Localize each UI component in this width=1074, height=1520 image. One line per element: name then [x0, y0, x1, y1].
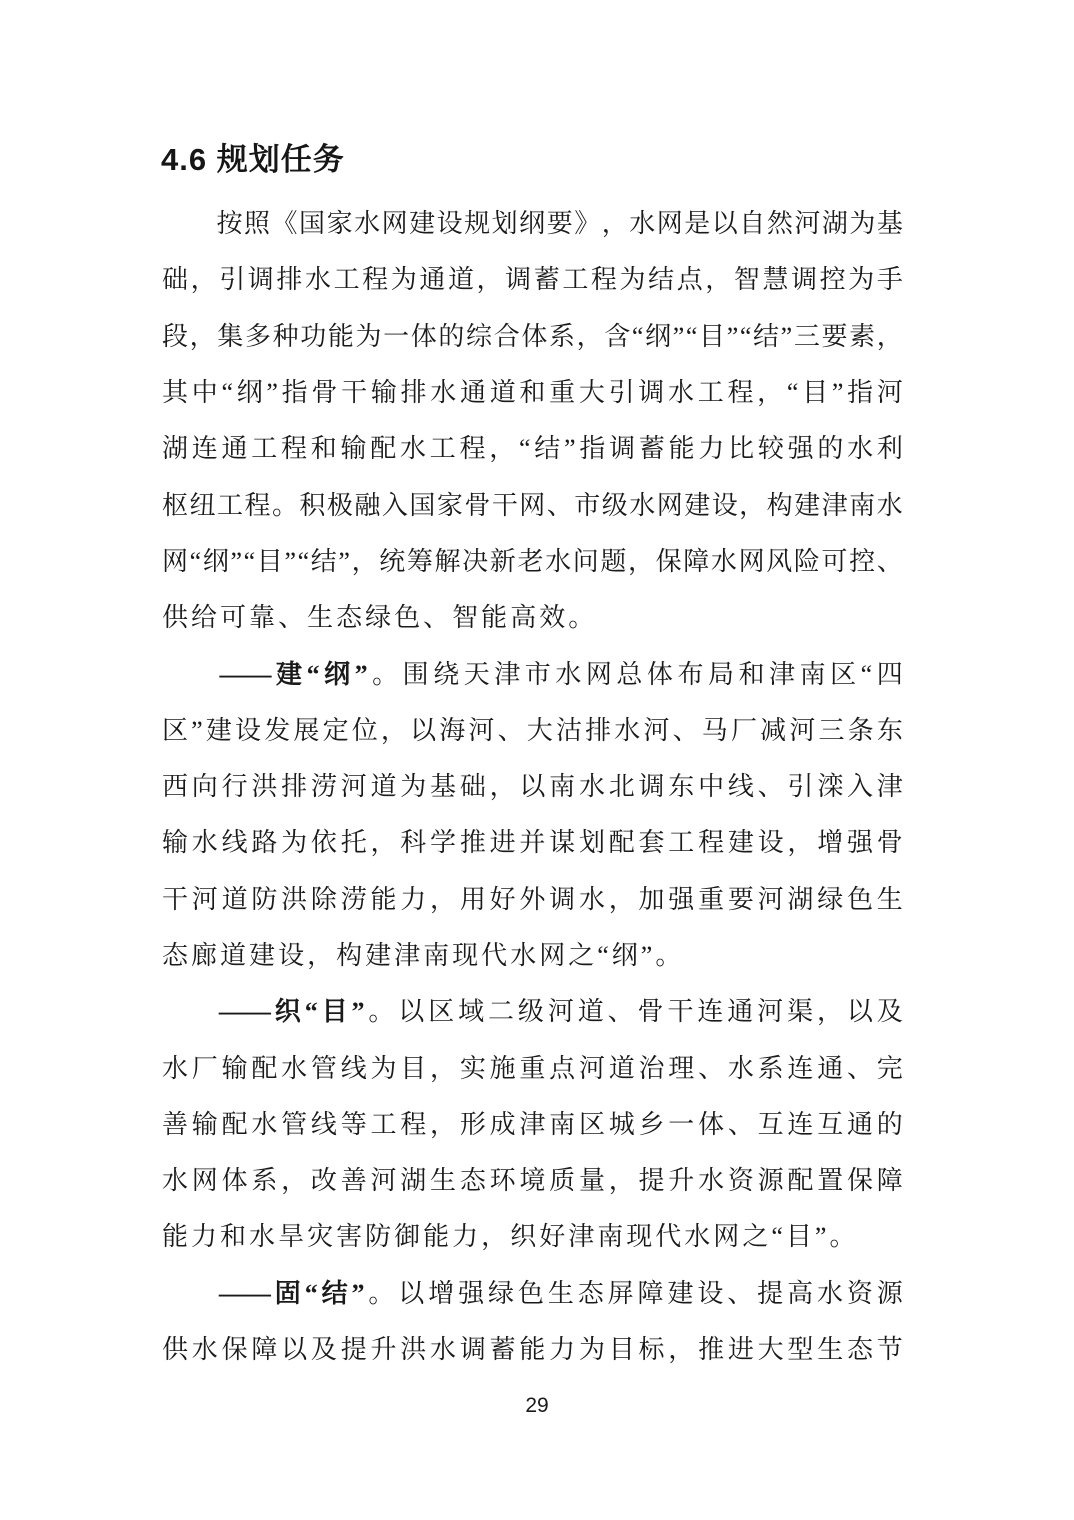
text-line: 枢纽工程。积极融入国家骨干网、市级水网建设，构建津南水 [162, 477, 903, 533]
text-line: 供水保障以及提升洪水调蓄能力为目标，推进大型生态节 [162, 1322, 903, 1378]
document-page: 4.6 规划任务 按照《国家水网建设规划纲要》，水网是以自然河湖为基础，引调排水… [0, 0, 1074, 1520]
text-line: 段，集多种功能为一体的综合体系，含“纲”“目”“结”三要素， [162, 309, 903, 365]
text-line: 西向行洪排涝河道为基础，以南水北调东中线、引滦入津 [162, 759, 903, 815]
text-line: 态廊道建设，构建津南现代水网之“纲”。 [162, 928, 903, 984]
text-line: 础，引调排水工程为通道，调蓄工程为结点，智慧调控为手 [162, 252, 903, 308]
text-line: ——建“纲”。围绕天津市水网总体布局和津南区“四 [162, 646, 903, 702]
text-line: 能力和水旱灾害防御能力，织好津南现代水网之“目”。 [162, 1209, 903, 1265]
text-line: ——织“目”。以区域二级河道、骨干连通河渠，以及 [162, 984, 903, 1040]
text-line: 湖连通工程和输配水工程，“结”指调蓄能力比较强的水利 [162, 421, 903, 477]
text-line: 区”建设发展定位，以海河、大沽排水河、马厂减河三条东 [162, 703, 903, 759]
text-line: 网“纲”“目”“结”，统筹解决新老水问题，保障水网风险可控、 [162, 534, 903, 590]
text-line: ——固“结”。以增强绿色生态屏障建设、提高水资源 [162, 1266, 903, 1322]
section-heading: 4.6 规划任务 [161, 138, 345, 182]
text-line: 水厂输配水管线为目，实施重点河道治理、水系连通、完 [162, 1040, 903, 1096]
page-number: 29 [0, 1394, 1074, 1418]
text-block: 按照《国家水网建设规划纲要》，水网是以自然河湖为基础，引调排水工程为通道，调蓄工… [162, 196, 903, 1378]
text-line: 善输配水管线等工程，形成津南区城乡一体、互连互通的 [162, 1097, 903, 1153]
text-line: 水网体系，改善河湖生态环境质量，提升水资源配置保障 [162, 1153, 903, 1209]
text-line: 按照《国家水网建设规划纲要》，水网是以自然河湖为基 [162, 196, 903, 252]
text-line: 干河道防洪除涝能力，用好外调水，加强重要河湖绿色生 [162, 872, 903, 928]
text-line: 供给可靠、生态绿色、智能高效。 [162, 590, 903, 646]
text-line: 输水线路为依托，科学推进并谋划配套工程建设，增强骨 [162, 815, 903, 871]
text-line: 其中“纲”指骨干输排水通道和重大引调水工程，“目”指河 [162, 365, 903, 421]
